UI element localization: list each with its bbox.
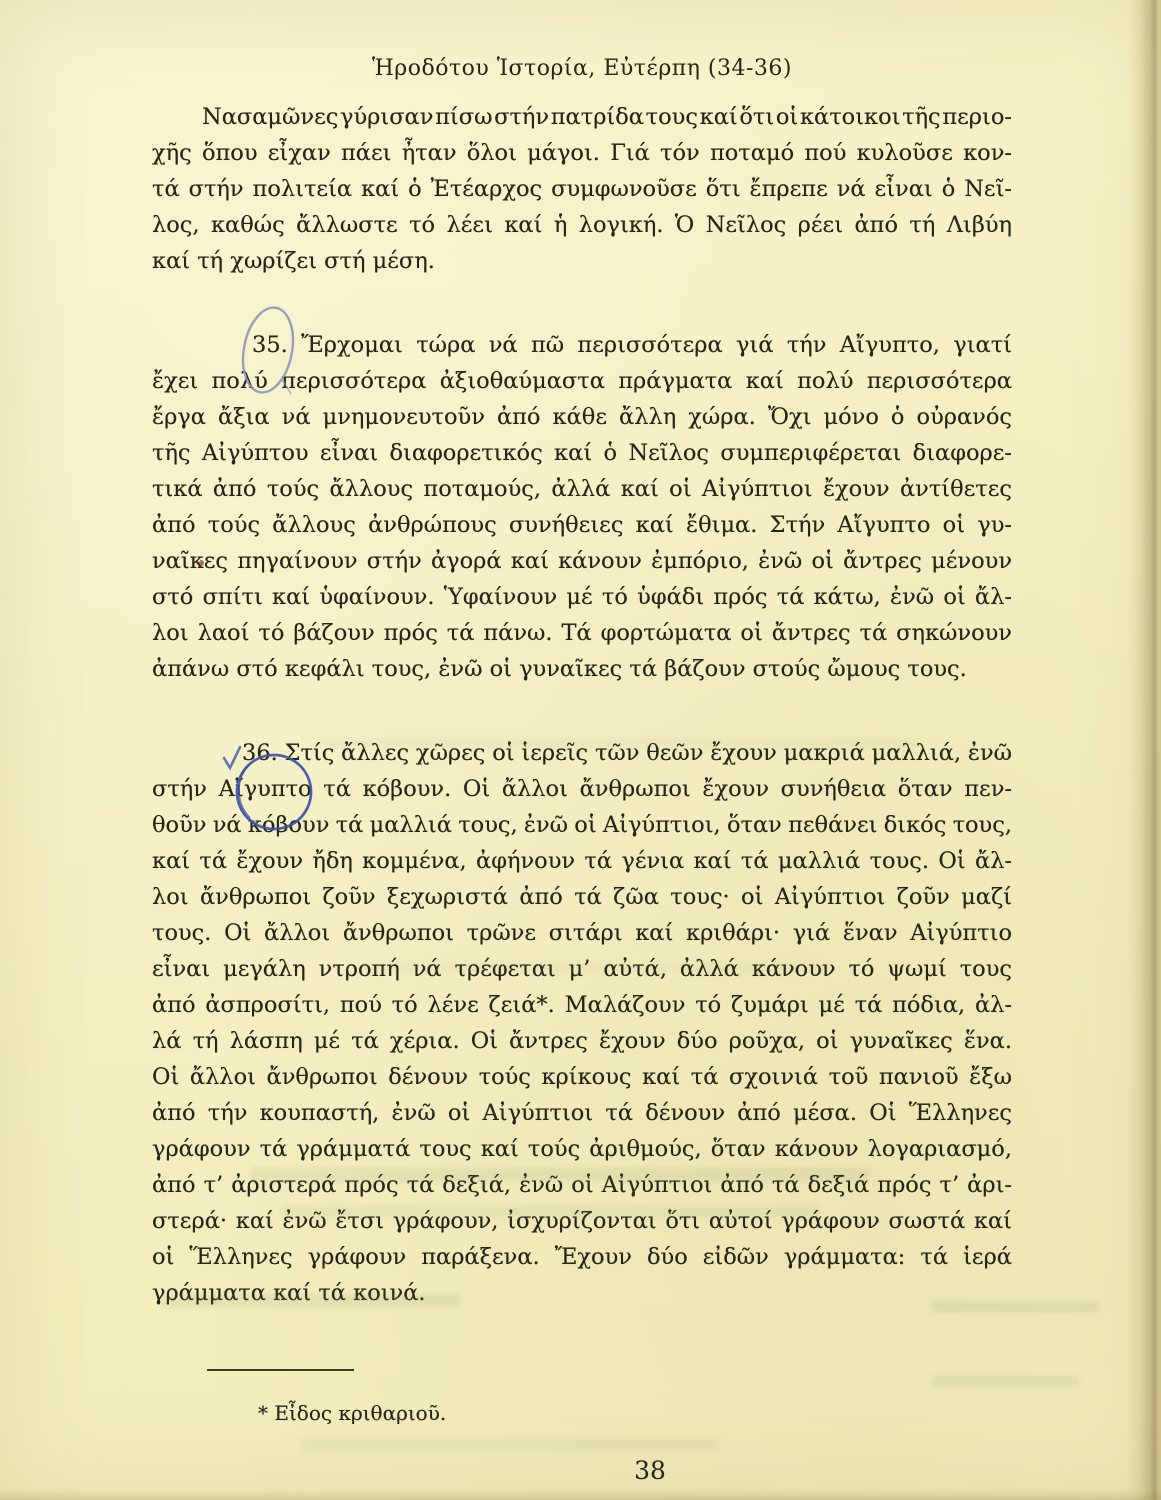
text-line: στό σπίτι καί ὑφαίνουν. Ὑφαίνουν μέ τό ὑ…: [152, 579, 1012, 615]
text-line: γράμματα καί τά κοινά.: [152, 1275, 1012, 1311]
text-line: τους. Οἱ ἄλλοι ἄνθρωποι τρῶνε σιτάρι καί…: [152, 915, 1012, 951]
text-line: λοι λαοί τό βάζουν πρός τά πάνω. Τά φορτ…: [152, 615, 1012, 651]
paragraph-34-continuation: Νασαμῶνες γύρισαν πίσω στήν πατρίδα τους…: [152, 99, 1012, 279]
text-line: Οἱ ἄλλοι ἄνθρωποι δένουν τούς κρίκους κα…: [152, 1059, 1012, 1095]
text-line: ἔχει πολύ περισσότερα ἀξιοθαύμαστα πράγμ…: [152, 363, 1012, 399]
text-line: Νασαμῶνες γύρισαν πίσω στήν πατρίδα τους…: [152, 99, 1012, 135]
text-line: 36. Στίς ἄλλες χῶρες οἱ ἱερεῖς τῶν θεῶν …: [152, 735, 1012, 771]
bleed-through-smudge: [930, 1375, 1080, 1388]
body-text-column: Νασαμῶνες γύρισαν πίσω στήν πατρίδα τους…: [152, 99, 1012, 1311]
text-line: τῆς Αἰγύπτου εἶναι διαφορετικός καί ὁ Νε…: [152, 435, 1012, 471]
text-line: γράφουν τά γράμματά τους καί τούς ἀριθμο…: [152, 1131, 1012, 1167]
text-line: τικά ἀπό τούς ἄλλους ποταμούς, ἀλλά καί …: [152, 471, 1012, 507]
text-line: λος, καθώς ἄλλωστε τό λέει καί ἡ λογική.…: [152, 207, 1012, 243]
text-line: οἱ Ἕλληνες γράφουν παράξενα. Ἔχουν δύο ε…: [152, 1239, 1012, 1275]
text-line: 35. Ἔρχομαι τώρα νά πῶ περισσότερα γιά τ…: [152, 327, 1012, 363]
text-line: λά τή λάσπη μέ τά χέρια. Οἱ ἄντρες ἔχουν…: [152, 1023, 1012, 1059]
page-edge-shadow-right: [1127, 0, 1161, 1500]
text-line: λοι ἄνθρωποι ζοῦν ξεχωριστά ἀπό τά ζῶα τ…: [152, 879, 1012, 915]
page-number: 38: [610, 1456, 690, 1485]
text-line: καί τή χωρίζει στή μέση.: [152, 243, 1012, 279]
text-line: ἀπό τήν κουπαστή, ἐνῶ οἱ Αἰγύπτιοι τά δέ…: [152, 1095, 1012, 1131]
text-line: ἔργα ἄξια νά μνημονευτοῦν ἀπό κάθε ἄλλη …: [152, 399, 1012, 435]
text-line: θοῦν νά κόβουν τά μαλλιά τους, ἐνῶ οἱ Αἰ…: [152, 807, 1012, 843]
bleed-through-smudge: [300, 1438, 720, 1451]
text-line: εἶναι μεγάλη ντροπή νά τρέφεται μ’ αὐτά,…: [152, 951, 1012, 987]
text-line: ἀπάνω στό κεφάλι τους, ἐνῶ οἱ γυναῖκες τ…: [152, 651, 1012, 687]
page-header-title: Ἡροδότου Ἱστορία, Εὐτέρπη (34-36): [152, 56, 1012, 81]
text-line: ἀπό τ’ ἀριστερά πρός τά δεξιά, ἐνῶ οἱ Αἰ…: [152, 1167, 1012, 1203]
text-line: ἀπό ἀσπροσίτι, πού τό λένε ζειά*. Μαλάζο…: [152, 987, 1012, 1023]
text-line: στερά· καί ἐνῶ ἔτσι γράφουν, ἰσχυρίζοντα…: [152, 1203, 1012, 1239]
text-line: χῆς ὅπου εἶχαν πάει ἦταν ὅλοι μάγοι. Γιά…: [152, 135, 1012, 171]
footnote-text: * Εἶδος κριθαριοῦ.: [258, 1400, 446, 1426]
scanned-book-page: Ἡροδότου Ἱστορία, Εὐτέρπη (34-36) Νασαμῶ…: [0, 0, 1161, 1500]
text-line: καί τά ἔχουν ἤδη κομμένα, ἀφήνουν τά γέν…: [152, 843, 1012, 879]
paragraph-35: 35. Ἔρχομαι τώρα νά πῶ περισσότερα γιά τ…: [152, 327, 1012, 687]
page-edge-shadow-bottom: [0, 1490, 1161, 1500]
paragraph-36: 36. Στίς ἄλλες χῶρες οἱ ἱερεῖς τῶν θεῶν …: [152, 735, 1012, 1311]
text-line: ναῖκες πηγαίνουν στήν ἀγορά καί κάνουν ἐ…: [152, 543, 1012, 579]
footnote-separator-rule: [207, 1369, 354, 1371]
text-line: τά στήν πολιτεία καί ὁ Ἐτέαρχος συμφωνοῦ…: [152, 171, 1012, 207]
text-line: ἀπό τούς ἄλλους ἀνθρώπους συνήθειες καί …: [152, 507, 1012, 543]
text-line: στήν Αἴγυπτο τά κόβουν. Οἱ ἄλλοι ἄνθρωπο…: [152, 771, 1012, 807]
ink-dot-mark: [199, 560, 204, 566]
